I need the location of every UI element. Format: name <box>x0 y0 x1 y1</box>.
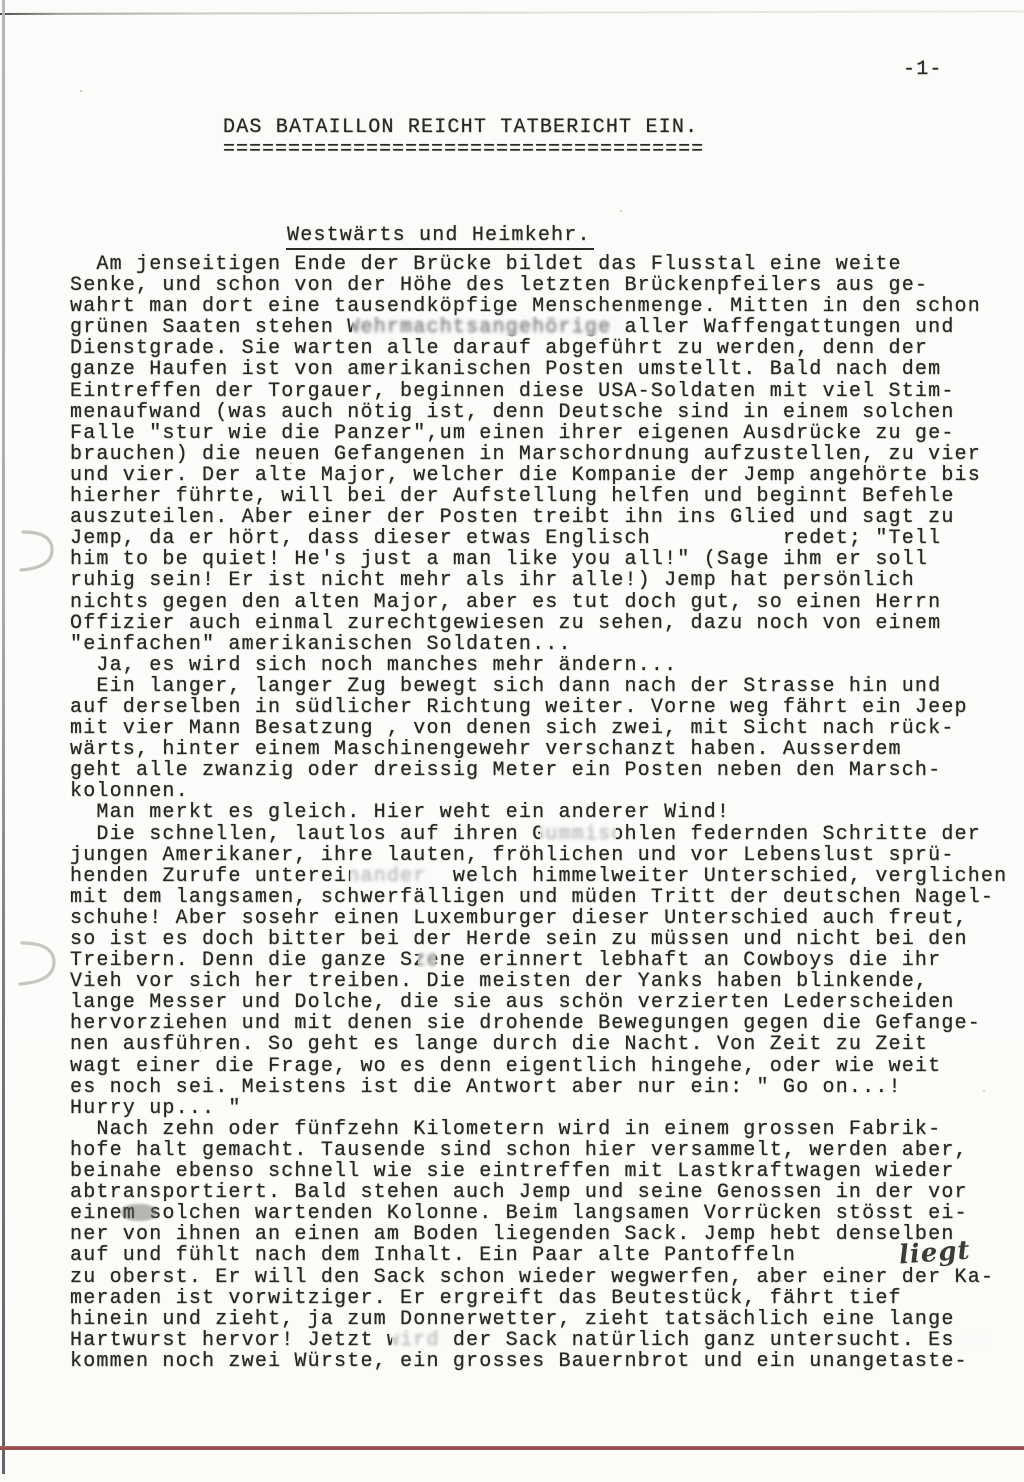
body-text-line: und vier. Der alte Major, welcher die Ko… <box>70 465 1020 486</box>
body-text-line: "einfachen" amerikanischen Soldaten... <box>70 634 1020 655</box>
body-text-line: wahrt man dort eine tausendköpfige Mensc… <box>70 296 1020 317</box>
body-text-line: geht alle zwanzig oder dreissig Meter ei… <box>70 760 1020 781</box>
scan-top-edge-line <box>0 10 1024 15</box>
body-text-line: es noch sei. Meistens ist die Antwort ab… <box>70 1077 1020 1098</box>
body-text-line: ganze Haufen ist von amerikanischen Post… <box>70 359 1020 380</box>
page-number: -1- <box>903 58 943 81</box>
body-text-line: kolonnen. <box>70 781 1020 802</box>
body-text-line: meraden ist vorwitziger. Er ergreift das… <box>70 1288 1020 1309</box>
body-text-line: mit dem langsamen, schwerfälligen und mü… <box>70 887 1020 908</box>
handwritten-margin-note: liegt <box>898 1236 971 1271</box>
body-text-line: abtransportiert. Bald stehen auch Jemp u… <box>70 1182 1020 1203</box>
body-text-line: wagt einer die Frage, wo es denn eigentl… <box>70 1056 1020 1077</box>
body-text-line: Falle "stur wie die Panzer",um einen ihr… <box>70 423 1020 444</box>
body-text-line: schuhe! Aber sosehr einen Luxemburger di… <box>70 908 1020 929</box>
body-text-line: Jemp, da er hört, dass dieser etwas Engl… <box>70 528 1020 549</box>
scan-left-edge-line <box>2 0 5 1474</box>
body-text-line: mit vier Mann Besatzung , von denen sich… <box>70 718 1020 739</box>
body-text-line: jungen Amerikaner, ihre lauten, fröhlich… <box>70 845 1020 866</box>
body-text-line: zu oberst. Er will den Sack schon wieder… <box>70 1267 1020 1288</box>
body-text-line: nen ausführen. So geht es lange durch di… <box>70 1034 1020 1055</box>
body-text-line: ner von ihnen an einen am Boden liegende… <box>70 1224 1020 1245</box>
body-text-line: Am jenseitigen Ende der Brücke bildet da… <box>70 254 1020 275</box>
title-underline: ===================================== <box>223 139 704 161</box>
faded-typing-smudge <box>418 949 436 969</box>
body-text-line: Offizier auch einmal zurechtgewiesen zu … <box>70 613 1020 634</box>
body-text: Am jenseitigen Ende der Brücke bildet da… <box>70 254 1020 1372</box>
body-text-line: kommen noch zwei Würste, ein grosses Bau… <box>70 1351 1020 1372</box>
body-text-line: Vieh vor sich her treiben. Die meisten d… <box>70 971 1020 992</box>
body-text-line: auf derselben in südlicher Richtung weit… <box>70 697 1020 718</box>
body-text-line: hierher führte, will bei der Aufstellung… <box>70 486 1020 507</box>
body-text-line: lange Messer und Dolche, die sie aus sch… <box>70 992 1020 1013</box>
body-text-line: hervorziehen und mit denen sie drohende … <box>70 1013 1020 1034</box>
body-text-line: henden Zurufe untereinander welch himmel… <box>70 866 1020 887</box>
pencil-paren-mark <box>16 528 56 574</box>
document-title-block: DAS BATAILLON REICHT TATBERICHT EIN. ===… <box>223 117 704 161</box>
pencil-paren-mark <box>14 938 58 988</box>
body-text-line: Man merkt es gleich. Hier weht ein ander… <box>70 802 1020 823</box>
section-heading: Westwärts und Heimkehr. <box>286 224 594 250</box>
body-text-line: Hartwurst hervor! Jetzt wird der Sack na… <box>70 1330 1020 1351</box>
body-text-line: ruhig sein! Er ist nicht mehr als ihr al… <box>70 570 1020 591</box>
body-text-line: Dienstgrade. Sie warten alle darauf abge… <box>70 338 1020 359</box>
body-text-line: einem solchen wartenden Kolonne. Beim la… <box>70 1203 1020 1224</box>
faded-typing-smudge <box>352 316 624 336</box>
scanned-document-page: -1- DAS BATAILLON REICHT TATBERICHT EIN.… <box>0 0 1024 1482</box>
body-text-line: Ein langer, langer Zug bewegt sich dann … <box>70 676 1020 697</box>
body-text-line: auszuteilen. Aber einer der Posten treib… <box>70 507 1020 528</box>
body-text-line: nichts gegen den alten Major, aber es tu… <box>70 592 1020 613</box>
body-text-line: menaufwand (was auch nötig ist, denn Deu… <box>70 402 1020 423</box>
body-text-line: auf und fühlt nach dem Inhalt. Ein Paar … <box>70 1245 1020 1266</box>
body-text-line: wärts, hinter einem Maschinengewehr vers… <box>70 739 1020 760</box>
body-text-line: Eintreffen der Torgauer, beginnen diese … <box>70 381 1020 402</box>
body-text-line: Treibern. Denn die ganze Szene erinnert … <box>70 950 1020 971</box>
faded-typing-smudge <box>392 1329 446 1349</box>
paper-specks <box>80 90 82 92</box>
body-text-line: beinahe ebenso schnell wie sie eintreffe… <box>70 1161 1020 1182</box>
body-text-line: so ist es doch bitter bei der Herde sein… <box>70 929 1020 950</box>
faded-typing-smudge <box>960 1329 992 1349</box>
body-text-line: hinein und zieht, ja zum Donnerwetter, z… <box>70 1309 1020 1330</box>
document-title: DAS BATAILLON REICHT TATBERICHT EIN. <box>223 117 704 139</box>
faded-typing-smudge <box>540 822 616 843</box>
body-text-line: Senke, und schon von der Höhe des letzte… <box>70 275 1020 296</box>
body-text-line: Ja, es wird sich noch manches mehr änder… <box>70 655 1020 676</box>
bottom-red-rule <box>0 1446 1024 1450</box>
body-text-line: Hurry up... " <box>70 1098 1020 1119</box>
ink-blot-smudge <box>121 1204 157 1221</box>
body-text-line: hofe halt gemacht. Tausende sind schon h… <box>70 1140 1020 1161</box>
faded-typing-smudge <box>350 864 450 885</box>
body-text-line: him to be quiet! He's just a man like yo… <box>70 549 1020 570</box>
body-text-line: Nach zehn oder fünfzehn Kilometern wird … <box>70 1119 1020 1140</box>
body-text-line: brauchen) die neuen Gefangenen in Marsch… <box>70 444 1020 465</box>
